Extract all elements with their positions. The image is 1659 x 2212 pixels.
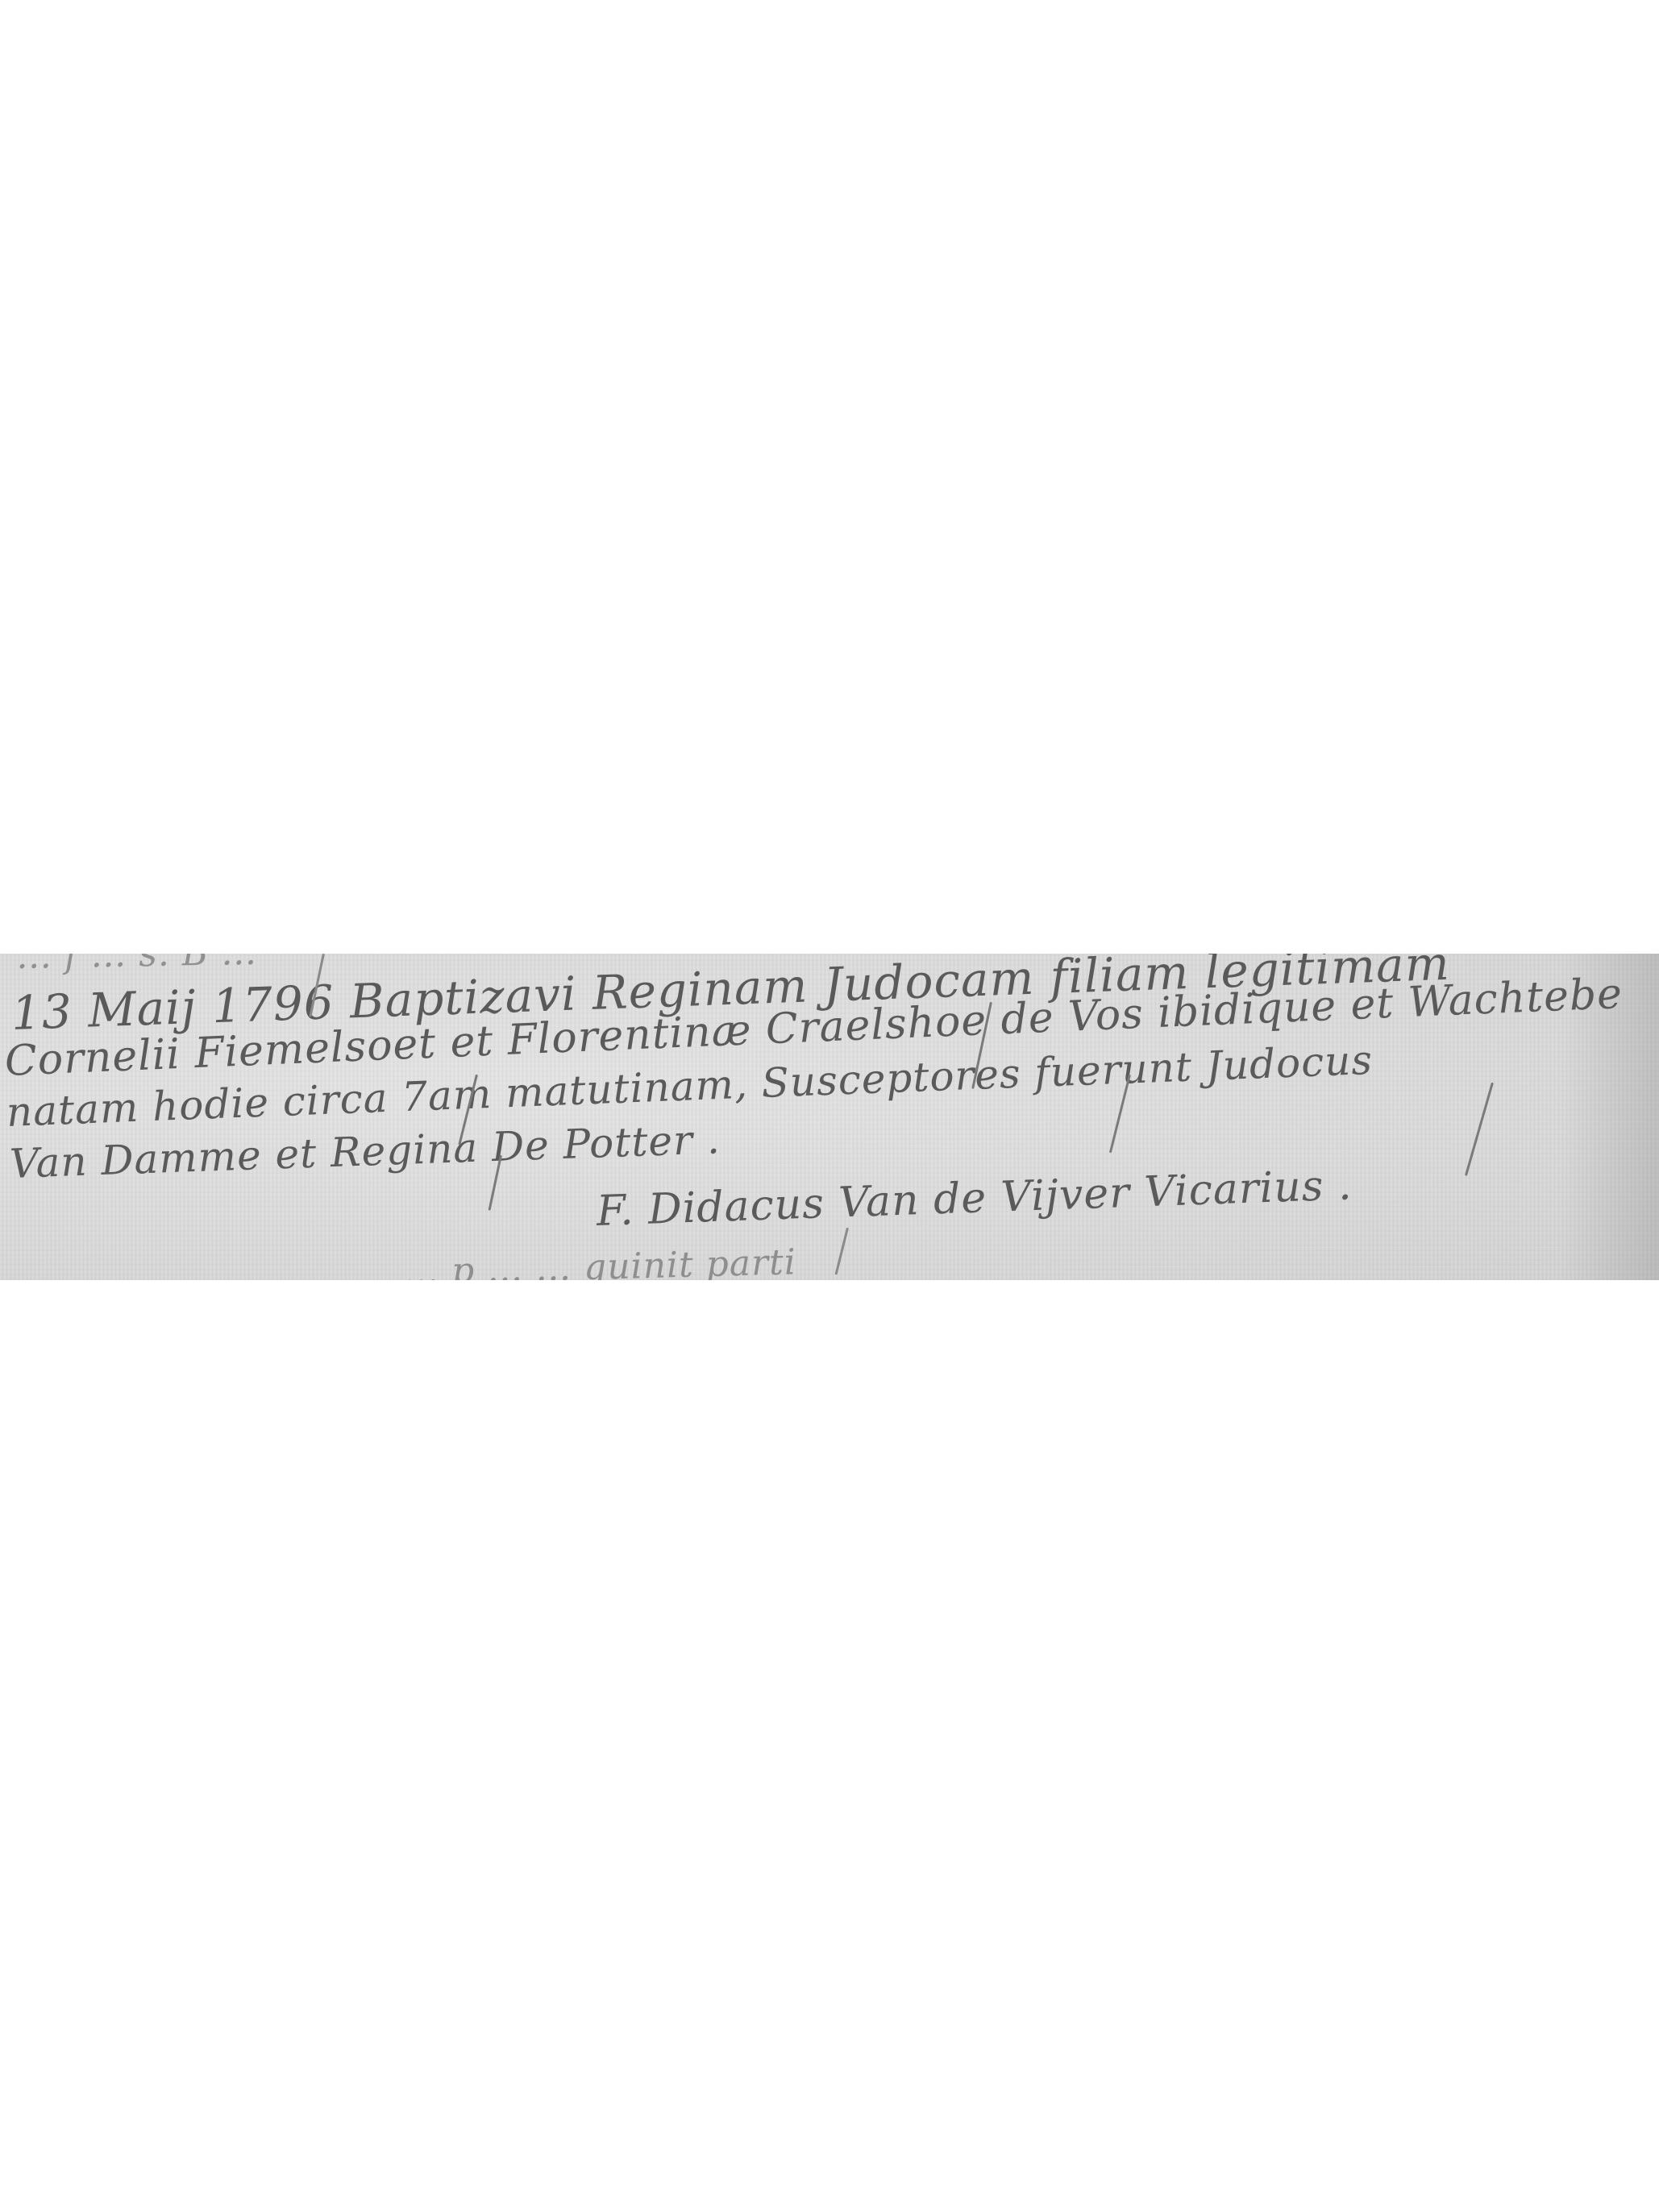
partial-next-entry-text: … p … … quinit parti [402, 1241, 796, 1280]
vicar-signature: F. Didacus Van de Vijver Vicarius . [596, 1161, 1353, 1236]
scanned-register-strip: … f … s. B … 13 Maij 1796 Baptizavi Regi… [0, 954, 1659, 1280]
partial-previous-entry-text: … f … s. B … [16, 954, 258, 977]
ink-stroke [1465, 1083, 1494, 1176]
ink-stroke [835, 1228, 849, 1275]
